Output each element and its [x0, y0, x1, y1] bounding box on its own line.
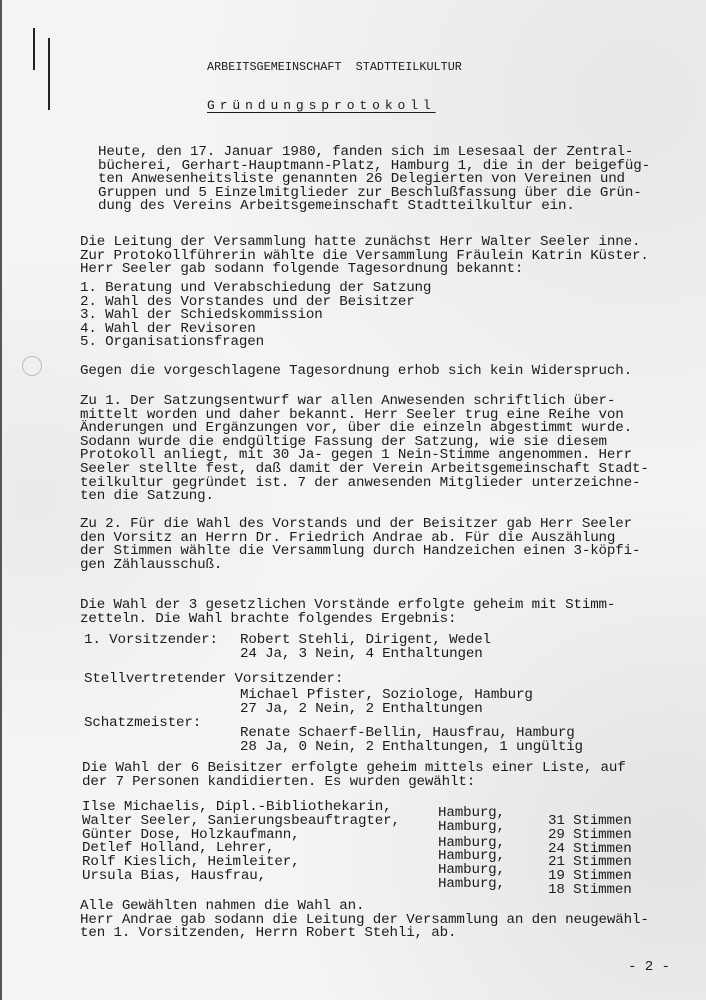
- assessor-name: Ilse Michaelis, Dipl.-Bibliothekarin,: [82, 800, 391, 814]
- intro-paragraph-line: dung des Vereins Arbeitsgemeinschaft Sta…: [98, 199, 575, 213]
- organization-heading: ARBEITSGEMEINSCHAFT STADTTEILKULTUR: [207, 60, 462, 74]
- item1-paragraph-line: Zu 1. Der Satzungsentwurf war allen Anwe…: [80, 394, 615, 408]
- assessor-name: Ursula Bias, Hausfrau,: [82, 869, 266, 883]
- board-votes: 27 Ja, 2 Nein, 2 Enthaltungen: [240, 702, 483, 716]
- agenda-item: 5. Organisationsfragen: [80, 335, 264, 349]
- page-number: - 2 -: [628, 960, 670, 974]
- leitung-paragraph-line: Herr Seeler gab sodann folgende Tagesord…: [80, 262, 523, 276]
- assessor-votes: 31 Stimmen: [548, 814, 632, 828]
- assessor-votes: 29 Stimmen: [548, 828, 632, 842]
- board-votes: 24 Ja, 3 Nein, 4 Enthaltungen: [240, 647, 483, 661]
- assessor-city: Hamburg,: [438, 806, 505, 820]
- assessor-votes: 18 Stimmen: [548, 883, 632, 897]
- item1-paragraph-line: ten die Satzung.: [80, 489, 214, 503]
- page-edge: [0, 0, 2, 1000]
- item1-paragraph-line: Seeler stellte fest, daß damit der Verei…: [80, 462, 649, 476]
- board-person: Robert Stehli, Dirigent, Wedel: [240, 633, 491, 647]
- closing-line: Alle Gewählten nahmen die Wahl an.: [80, 899, 364, 913]
- assessor-name: Walter Seeler, Sanierungsbeauftragter,: [82, 814, 400, 828]
- board-election-line: zetteln. Die Wahl brachte folgendes Erge…: [80, 612, 456, 626]
- no-objection-line: Gegen die vorgeschlagene Tagesordnung er…: [80, 364, 632, 378]
- document-page: ARBEITSGEMEINSCHAFT STADTTEILKULTUR Grün…: [0, 0, 706, 1000]
- board-person: Renate Schaerf-Bellin, Hausfrau, Hamburg: [240, 726, 575, 740]
- board-role: Stellvertretender Vorsitzender:: [84, 672, 343, 686]
- document-title: Gründungsprotokoll: [207, 99, 436, 113]
- assessor-election-line: Die Wahl der 6 Beisitzer erfolgte geheim…: [82, 761, 626, 775]
- agenda-item: 1. Beratung und Verabschiedung der Satzu…: [80, 281, 431, 295]
- margin-mark: [33, 28, 35, 70]
- intro-paragraph-line: Heute, den 17. Januar 1980, fanden sich …: [98, 145, 633, 159]
- board-votes: 28 Ja, 0 Nein, 2 Enthaltungen, 1 ungülti…: [240, 740, 583, 754]
- margin-mark: [48, 38, 50, 110]
- board-role: 1. Vorsitzender:: [84, 633, 218, 647]
- assessor-city: Hamburg,: [438, 820, 505, 834]
- item2-paragraph-line: Zu 2. Für die Wahl des Vorstands und der…: [80, 517, 632, 531]
- assessor-election-line: der 7 Personen kandidierten. Es wurden g…: [82, 775, 475, 789]
- item2-paragraph-line: gen Zählausschuß.: [80, 558, 222, 572]
- closing-line: ten 1. Vorsitzenden, Herrn Robert Stehli…: [80, 926, 456, 940]
- board-person: Michael Pfister, Soziologe, Hamburg: [240, 688, 533, 702]
- board-election-line: Die Wahl der 3 gesetzlichen Vorstände er…: [80, 598, 615, 612]
- leitung-paragraph-line: Die Leitung der Versammlung hatte zunäch…: [80, 235, 640, 249]
- punch-hole: [22, 356, 42, 376]
- assessor-city: Hamburg,: [438, 877, 505, 891]
- board-role: Schatzmeister:: [84, 716, 201, 730]
